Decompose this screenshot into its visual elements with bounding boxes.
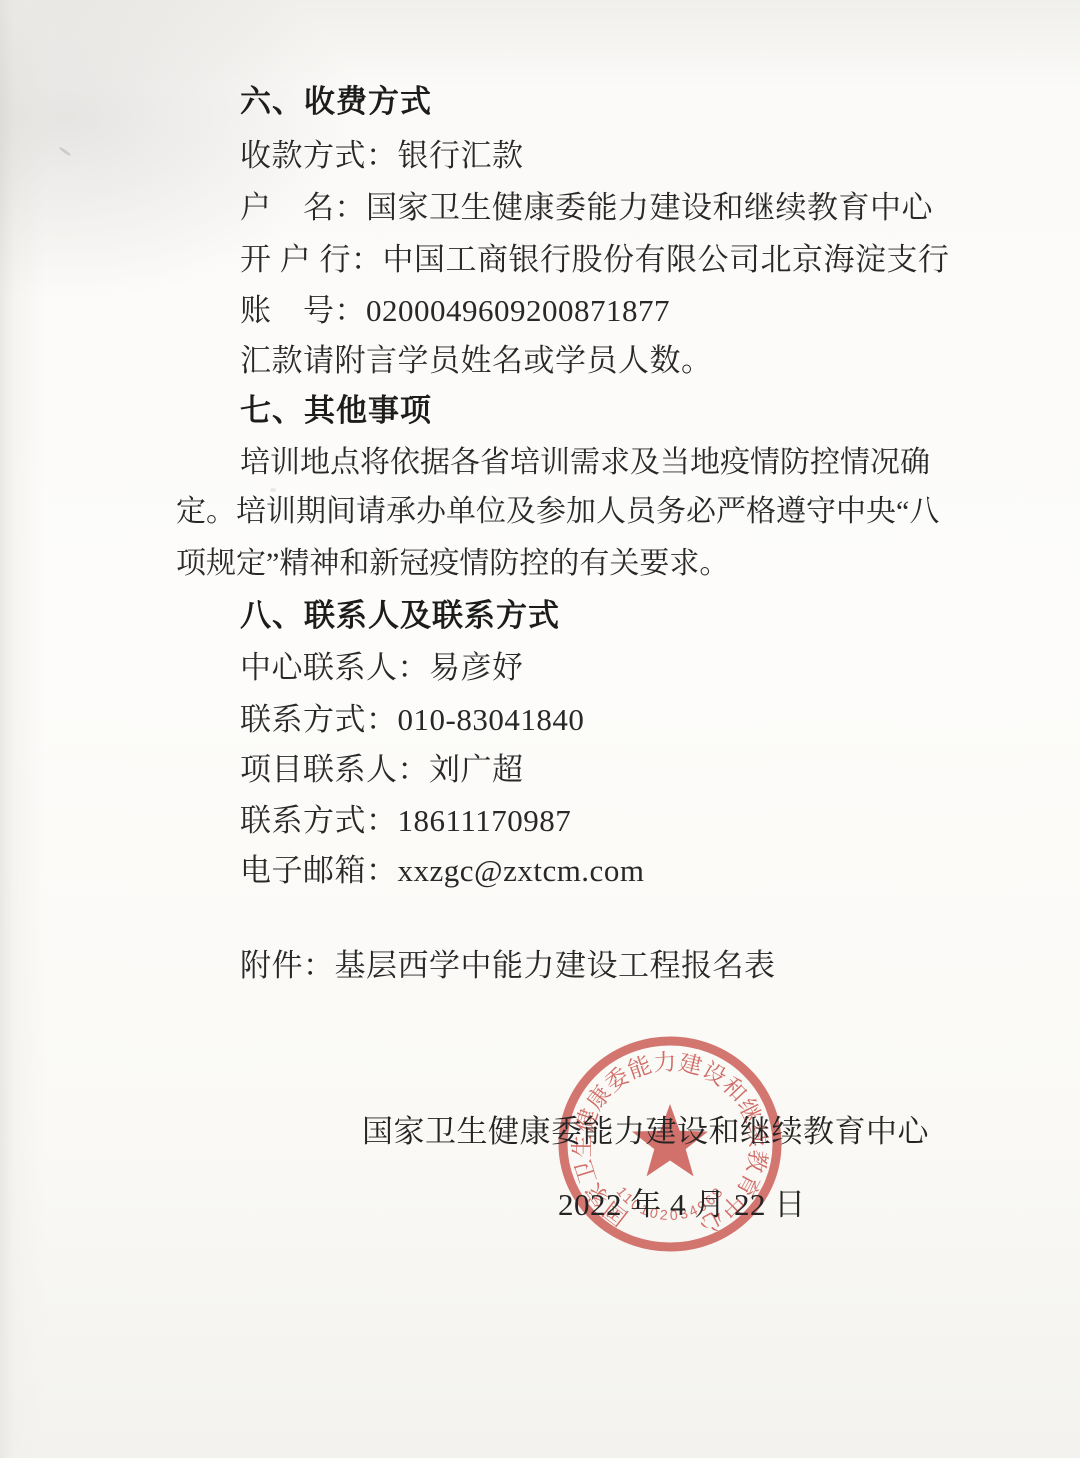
remittance-note-line: 汇款请附言学员姓名或学员人数。 xyxy=(240,341,713,381)
issuer-signature: 国家卫生健康委能力建设和继续教育中心 xyxy=(362,1106,929,1151)
project-contact-line: 项目联系人：刘广超 xyxy=(240,750,524,790)
attachment-line: 附件：基层西学中能力建设工程报名表 xyxy=(240,946,776,986)
center-phone-line: 联系方式：010-83041840 xyxy=(240,700,584,740)
section7-heading: 七、其他事项 xyxy=(240,391,432,431)
scan-artifact xyxy=(58,146,71,156)
account-number-line: 账 号：0200049609200871877 xyxy=(240,291,670,331)
other-matters-line2: 定。培训期间请承办单位及参加人员务必严格遵守中央“八 xyxy=(176,492,939,532)
other-matters-line1: 培训地点将依据各省培训需求及当地疫情防控情况确 xyxy=(240,443,930,483)
other-matters-line3: 项规定”精神和新冠疫情防控的有关要求。 xyxy=(176,544,729,584)
section6-heading: 六、收费方式 xyxy=(240,82,432,122)
account-name-line: 户 名：国家卫生健康委能力建设和继续教育中心 xyxy=(240,188,933,228)
section8-heading: 八、联系人及联系方式 xyxy=(240,596,560,636)
project-phone-line: 联系方式：18611170987 xyxy=(240,801,571,841)
scanned-document-page: 国家卫生健康委能力建设和继续教育中心 1101020349686 六、收费方式 … xyxy=(0,0,1080,1458)
center-contact-line: 中心联系人：易彦妤 xyxy=(240,648,524,688)
email-line: 电子邮箱：xxzgc@zxtcm.com xyxy=(240,851,644,891)
issue-date: 2022 年 4 月 22 日 xyxy=(558,1179,806,1224)
payment-method-line: 收款方式：银行汇款 xyxy=(240,136,524,176)
bank-branch-line: 开 户 行：中国工商银行股份有限公司北京海淀支行 xyxy=(240,240,950,280)
